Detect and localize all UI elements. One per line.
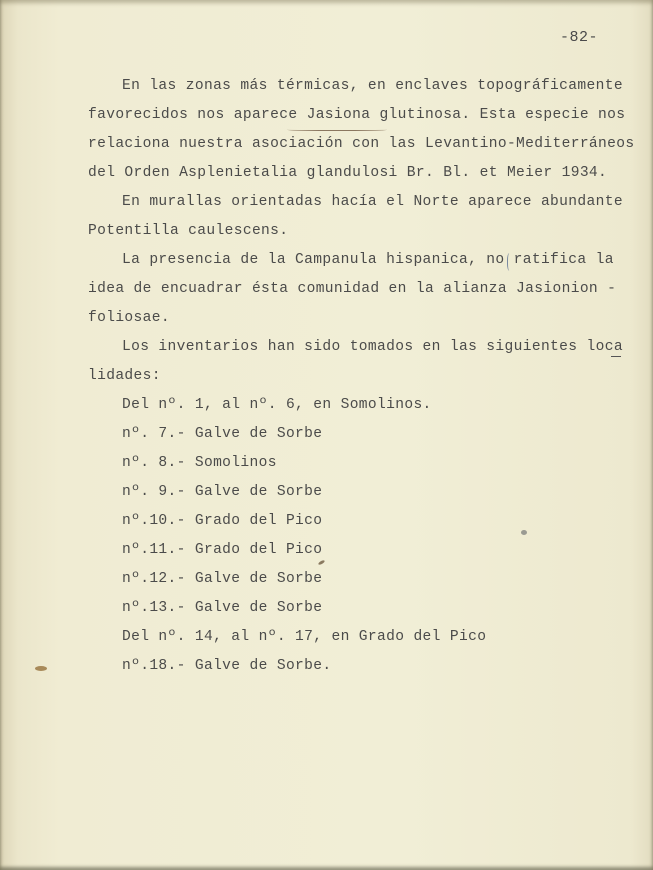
locality-item: nº. 8.- Somolinos bbox=[122, 455, 277, 471]
paper-stain bbox=[35, 666, 47, 671]
locality-item: nº.12.- Galve de Sorbe bbox=[122, 571, 322, 587]
paper-stain bbox=[521, 530, 527, 535]
handwritten-mark bbox=[507, 253, 513, 271]
locality-item: nº. 9.- Galve de Sorbe bbox=[122, 484, 322, 500]
locality-item: nº.10.- Grado del Pico bbox=[122, 513, 322, 529]
locality-item: nº.11.- Grado del Pico bbox=[122, 542, 322, 558]
locality-item: Del nº. 1, al nº. 6, en Somolinos. bbox=[122, 397, 432, 413]
paragraph-4-line-2: lidades: bbox=[88, 368, 161, 384]
page-number: -82- bbox=[560, 29, 598, 46]
handwritten-underline bbox=[287, 128, 387, 131]
locality-item: nº.13.- Galve de Sorbe bbox=[122, 600, 322, 616]
locality-item: nº.18.- Galve de Sorbe. bbox=[122, 658, 331, 674]
locality-item: nº. 7.- Galve de Sorbe bbox=[122, 426, 322, 442]
document-page: -82- En las zonas más térmicas, en encla… bbox=[0, 0, 653, 870]
paragraph-1-line-1: En las zonas más térmicas, en enclaves t… bbox=[122, 78, 623, 94]
locality-item: Del nº. 14, al nº. 17, en Grado del Pico bbox=[122, 629, 486, 645]
paragraph-1-line-3: relaciona nuestra asociación con las Lev… bbox=[88, 136, 634, 152]
paragraph-1-line-4: del Orden Asplenietalia glandulosi Br. B… bbox=[88, 165, 607, 181]
paragraph-3-line-2: idea de encuadrar ésta comunidad en la a… bbox=[88, 281, 616, 297]
paragraph-4-line-1: Los inventarios han sido tomados en las … bbox=[122, 339, 623, 355]
paragraph-2-line-1: En murallas orientadas hacía el Norte ap… bbox=[122, 194, 623, 210]
underline-mark bbox=[611, 356, 621, 357]
paragraph-2-line-2: Potentilla caulescens. bbox=[88, 223, 288, 239]
paragraph-3-line-1: La presencia de la Campanula hispanica, … bbox=[122, 252, 614, 268]
paragraph-3-line-3: foliosae. bbox=[88, 310, 170, 326]
paragraph-1-line-2: favorecidos nos aparece Jasiona glutinos… bbox=[88, 107, 625, 123]
paper-stain bbox=[318, 559, 326, 565]
